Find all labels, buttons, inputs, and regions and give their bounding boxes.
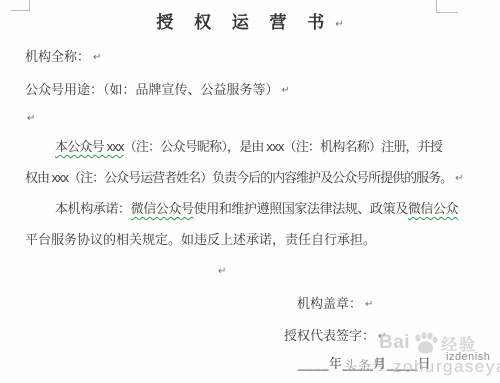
username-watermark-small: izdenish (446, 351, 490, 363)
date-blank-line: ____年____月____日 (298, 356, 431, 372)
text-boundary-mark-top-left (11, 0, 30, 11)
document-title: 授 权 运 营 书↵ (0, 15, 500, 33)
org-seal-label: 机构盖章： (297, 296, 362, 311)
paragraph-mark-icon: ↵ (455, 173, 462, 184)
document-title-text: 授 权 运 营 书 (156, 13, 332, 32)
spellcheck-flagged-text: 微信公众号 (131, 201, 194, 216)
signature-label: 授权代表签字： (284, 328, 375, 343)
commitment-paragraph-line1: 本机构承诺：微信公众号使用和维护遵照国家法律法规、政策及微信公众 (55, 201, 458, 217)
baidu-paw-icon (412, 331, 439, 355)
text-boundary-mark-top-right (436, 0, 458, 13)
spellcheck-flagged-text: 微信公众 (408, 201, 458, 216)
org-seal-line: 机构盖章：↵ (297, 296, 373, 313)
account-usage-label: 公众号用途：（如：品牌宣传、公益服务等） (25, 82, 279, 97)
signature-line: 授权代表签字：↵ (284, 328, 386, 345)
paragraph-mark-icon: ↵ (282, 85, 290, 96)
body-text: 平台服务协议的相关规定。如违反上述承诺，责任自行承担。 (25, 232, 376, 247)
body-text: 权由 xxx（注：公众号运营者姓名）负责今后的内容维护及公众号所提供的服务。 (25, 170, 452, 185)
org-name-line: 机构全称：↵ (25, 49, 101, 66)
baidu-jingyan-text: 经验 (441, 332, 477, 355)
commitment-paragraph-line2: 平台服务协议的相关规定。如违反上述承诺，责任自行承担。 (25, 232, 376, 248)
body-text: （注：公众号昵称），是由 xxx（注：机构名称）注册，并授 (124, 139, 442, 154)
org-name-label: 机构全称： (25, 49, 90, 64)
baidu-jingyan-watermark: Bai 经验 (379, 331, 477, 355)
paragraph-mark-icon: ↵ (378, 331, 386, 342)
authorization-paragraph-line2: 权由 xxx（注：公众号运营者姓名）负责今后的内容维护及公众号所提供的服务。↵ (25, 170, 463, 187)
paragraph-mark-icon: ↵ (335, 19, 343, 30)
paragraph-mark-icon: ↵ (93, 52, 101, 63)
body-text: 本机构承诺： (55, 201, 131, 216)
paragraph-mark-icon: ↵ (218, 266, 226, 277)
date-line-text: ____年____月____日 (298, 356, 431, 371)
account-usage-line: 公众号用途：（如：品牌宣传、公益服务等）↵ (25, 82, 290, 99)
paragraph-mark-icon: ↵ (27, 113, 35, 124)
authorization-paragraph-line1: 本公众号 xxx（注：公众号昵称），是由 xxx（注：机构名称）注册，并授 (55, 139, 442, 155)
word-document-page: 授 权 运 营 书↵ 机构全称：↵ 公众号用途：（如：品牌宣传、公益服务等）↵ … (0, 0, 500, 383)
paragraph-mark-icon: ↵ (365, 299, 373, 310)
body-text: 使用和维护遵照国家法律法规、政策及 (194, 201, 408, 216)
spellcheck-flagged-text: 本公众号 xxx (55, 139, 124, 154)
